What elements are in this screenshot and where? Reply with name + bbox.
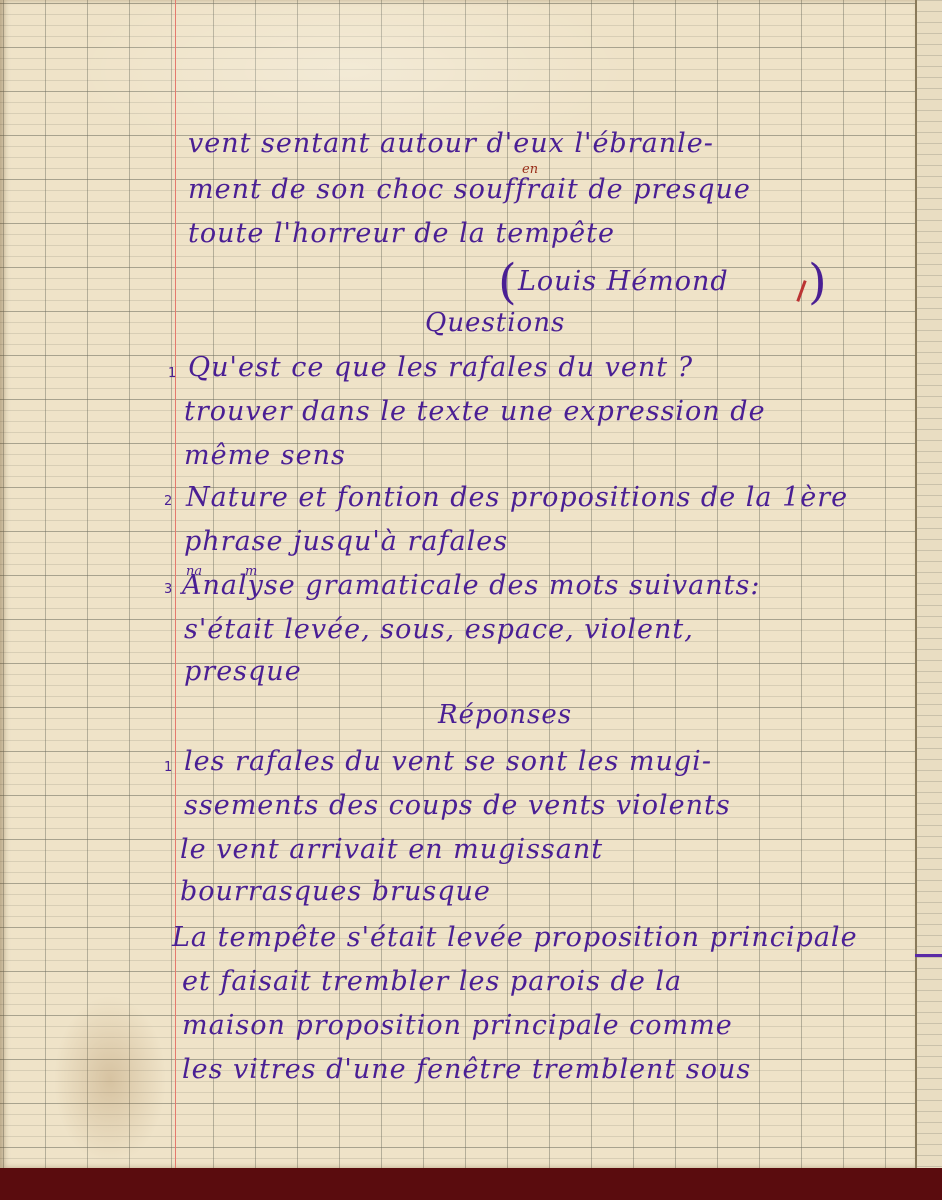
questions-heading: Questions <box>425 308 565 338</box>
parenthesis-close: ) <box>808 254 827 310</box>
question-1-line-3: même sens <box>184 440 346 471</box>
margin-dash-mark <box>915 954 942 957</box>
notebook-page: vent sentant autour d'eux l'ébranle- en … <box>0 0 915 1168</box>
answer-1-line-4: bourrasques brusque <box>180 876 491 907</box>
answer-2-line-4: les vitres d'une fenêtre tremblent sous <box>182 1054 751 1085</box>
question-2-line-1: Nature et fontion des propositions de la… <box>186 482 848 513</box>
adjacent-page-edge <box>915 0 942 1168</box>
question-3-line-3: presque <box>184 656 302 687</box>
margin-line <box>175 0 176 1168</box>
notebook-cover <box>0 1168 942 1200</box>
question-3-line-1: Analyse gramaticale des mots suivants: <box>182 570 760 601</box>
question-2-line-2: phrase jusqu'à rafales <box>184 526 508 557</box>
answer-1-line-3: le vent arrivait en mugissant <box>180 834 603 865</box>
answer-2-line-3: maison proposition principale comme <box>182 1010 733 1041</box>
question-3-line-2: s'était levée, sous, espace, violent, <box>184 614 694 645</box>
answers-heading: Réponses <box>438 700 572 730</box>
answer-2-line-1: La tempête s'était levée proposition pri… <box>172 922 858 953</box>
question-1-line-1: Qu'est ce que les rafales du vent ? <box>188 352 693 383</box>
answer-number-1: 1 <box>164 760 172 775</box>
passage-line-1: vent sentant autour d'eux l'ébranle- <box>188 128 714 159</box>
answer-1-line-2: ssements des coups de vents violents <box>184 790 731 821</box>
passage-line-2: ment de son choc souffrait de presque <box>188 174 751 205</box>
parenthesis-open: ( <box>498 254 517 310</box>
answer-2-line-2: et faisait trembler les parois de la <box>182 966 682 997</box>
red-correction-mark <box>796 280 806 302</box>
answer-1-line-1: les rafales du vent se sont les mugi- <box>184 746 712 777</box>
passage-line-3: toute l'horreur de la tempête <box>188 218 615 249</box>
question-number-1: 1 <box>168 366 176 381</box>
question-number-2: 2 <box>164 494 172 509</box>
question-number-3: 3 <box>164 582 172 597</box>
author-name: Louis Hémond <box>518 266 729 297</box>
question-1-line-2: trouver dans le texte une expression de <box>184 396 766 427</box>
